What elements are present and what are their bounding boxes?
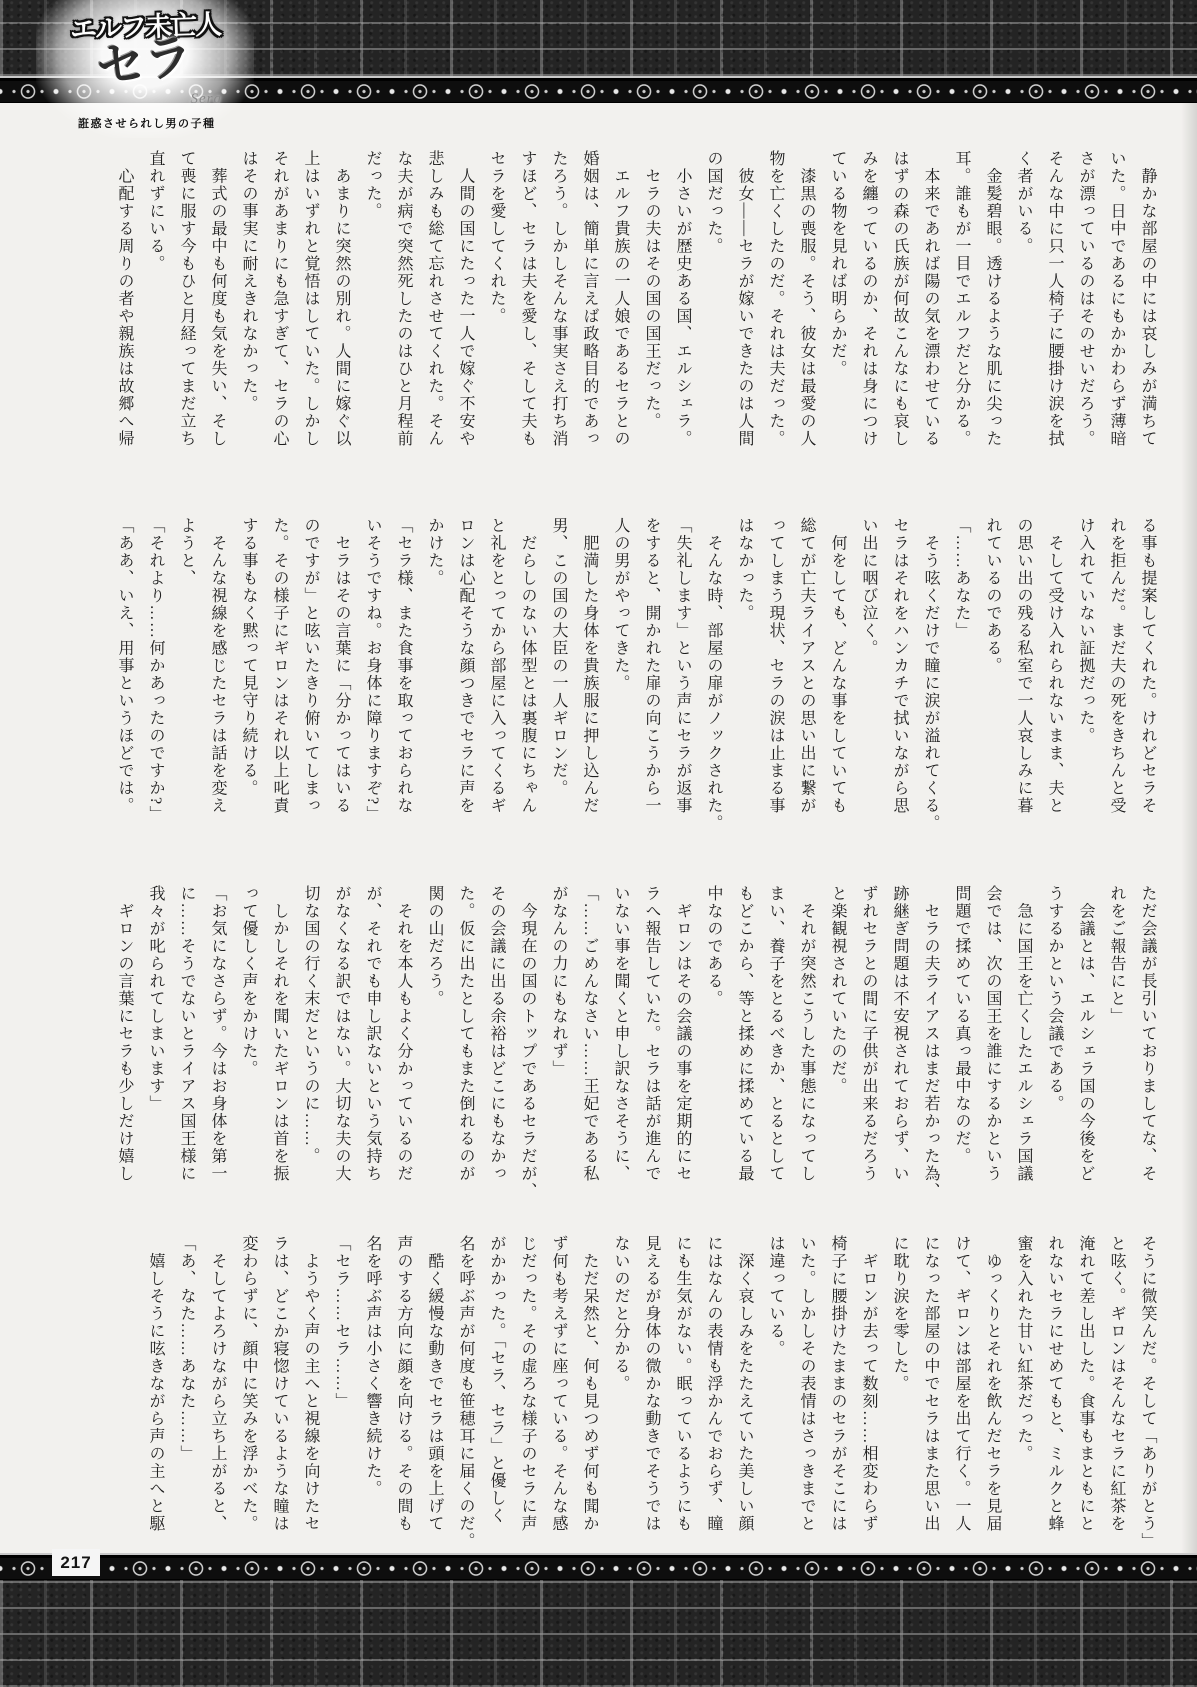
novel-page: 静かな部屋の中には哀しみが満ちて いた。日中であるにもかかわらず薄暗 さが漂って…	[0, 0, 1197, 1687]
text-band-1: 静かな部屋の中には哀しみが満ちて いた。日中であるにもかかわらず薄暗 さが漂って…	[75, 150, 1163, 470]
text-band-3: ただ会議が長引いておりましてな、そ れをご報告にと」 会議とは、エルシェラ国の今…	[75, 885, 1163, 1205]
text-band-4: そうに微笑んだ。そして「ありがとう」 と呟く。ギロンはそんなセラに紅茶を 淹れて…	[75, 1235, 1163, 1555]
series-logo: エルフ未亡人 セラ Sera 誑惑させられし男の子種	[44, 2, 246, 130]
brick-border-bottom	[0, 1580, 1197, 1687]
page-number: 217	[52, 1549, 100, 1576]
logo-title-script: Sera	[191, 91, 223, 108]
logo-subtitle: 誑惑させられし男の子種	[78, 119, 216, 130]
page-paper: 静かな部屋の中には哀しみが満ちて いた。日中であるにもかかわらず薄暗 さが漂って…	[0, 103, 1197, 1553]
text-band-2: る事も提案してくれた。けれどセラそ れを拒んだ。まだ夫の死をきちんと受 け入れて…	[75, 517, 1163, 837]
